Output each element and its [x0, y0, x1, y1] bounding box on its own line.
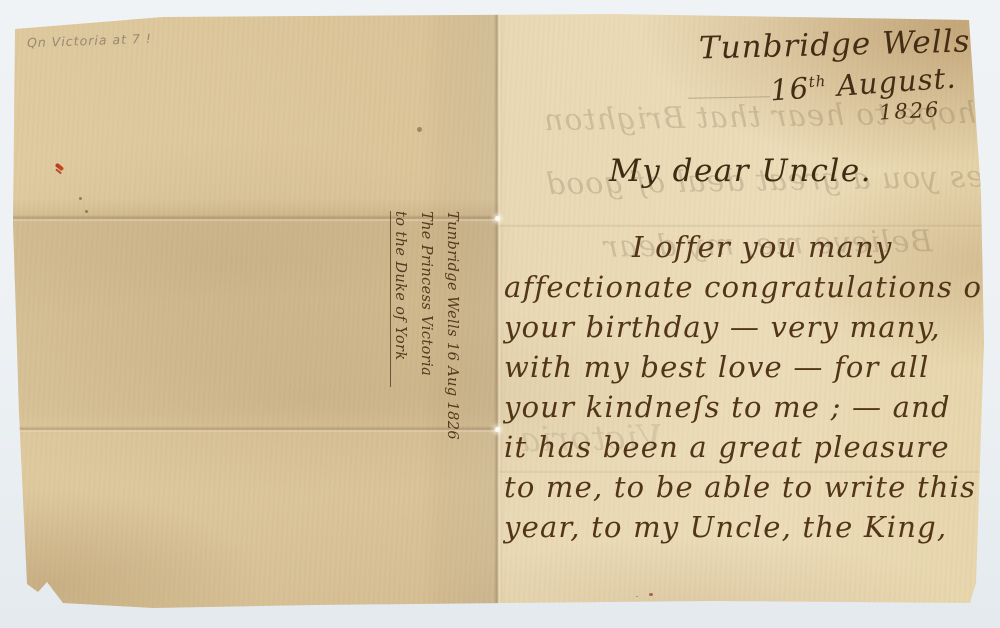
- letter-body-line: with my best love — for all: [504, 347, 988, 387]
- letter-body-line: your kindneſs to me ; — and: [504, 387, 988, 427]
- scan-background: Qn Victoria at 7 ! We hope to hear that …: [0, 0, 1000, 628]
- docket-text: Tunbridge Wells 16 Aug 1826 The Princess…: [385, 211, 465, 453]
- vertical-fold-crease: [494, 13, 502, 611]
- letter-body-line: I offer you many: [504, 227, 988, 267]
- letter-body: I offer you many affectionate congratula…: [504, 227, 988, 547]
- docket-line-place-date: Tunbridge Wells 16 Aug 1826: [439, 211, 465, 453]
- ink-speck: [85, 210, 88, 213]
- letter-paper: Qn Victoria at 7 ! We hope to hear that …: [13, 13, 985, 611]
- letter-body-line: it has been a great pleasure: [504, 427, 988, 467]
- salutation: My dear Uncle.: [609, 153, 872, 189]
- letter-body-line: year, to my Uncle, the King,: [504, 507, 988, 547]
- pencil-dash-mark: [688, 96, 770, 98]
- stain-dot: [417, 127, 422, 132]
- letter-body-line: your birthday — very many,: [504, 307, 988, 347]
- pinhole-lower: [495, 427, 500, 432]
- pinhole-upper: [495, 216, 500, 221]
- docket-panel: Tunbridge Wells 16 Aug 1826 The Princess…: [385, 211, 465, 453]
- docket-line-recipient: to the Duke of York: [387, 211, 413, 453]
- date-ordinal: th: [808, 72, 827, 91]
- docket-line-sender: The Princess Victoria: [413, 211, 439, 453]
- letter-body-line: to me, to be able to write this: [504, 467, 988, 507]
- ink-speck: [79, 197, 82, 200]
- heading-place: Tunbridge Wells: [699, 23, 971, 66]
- bottom-speck: [649, 593, 653, 596]
- heading-year: 1826: [878, 97, 941, 124]
- letter-body-line: affectionate congratulations on: [504, 267, 988, 307]
